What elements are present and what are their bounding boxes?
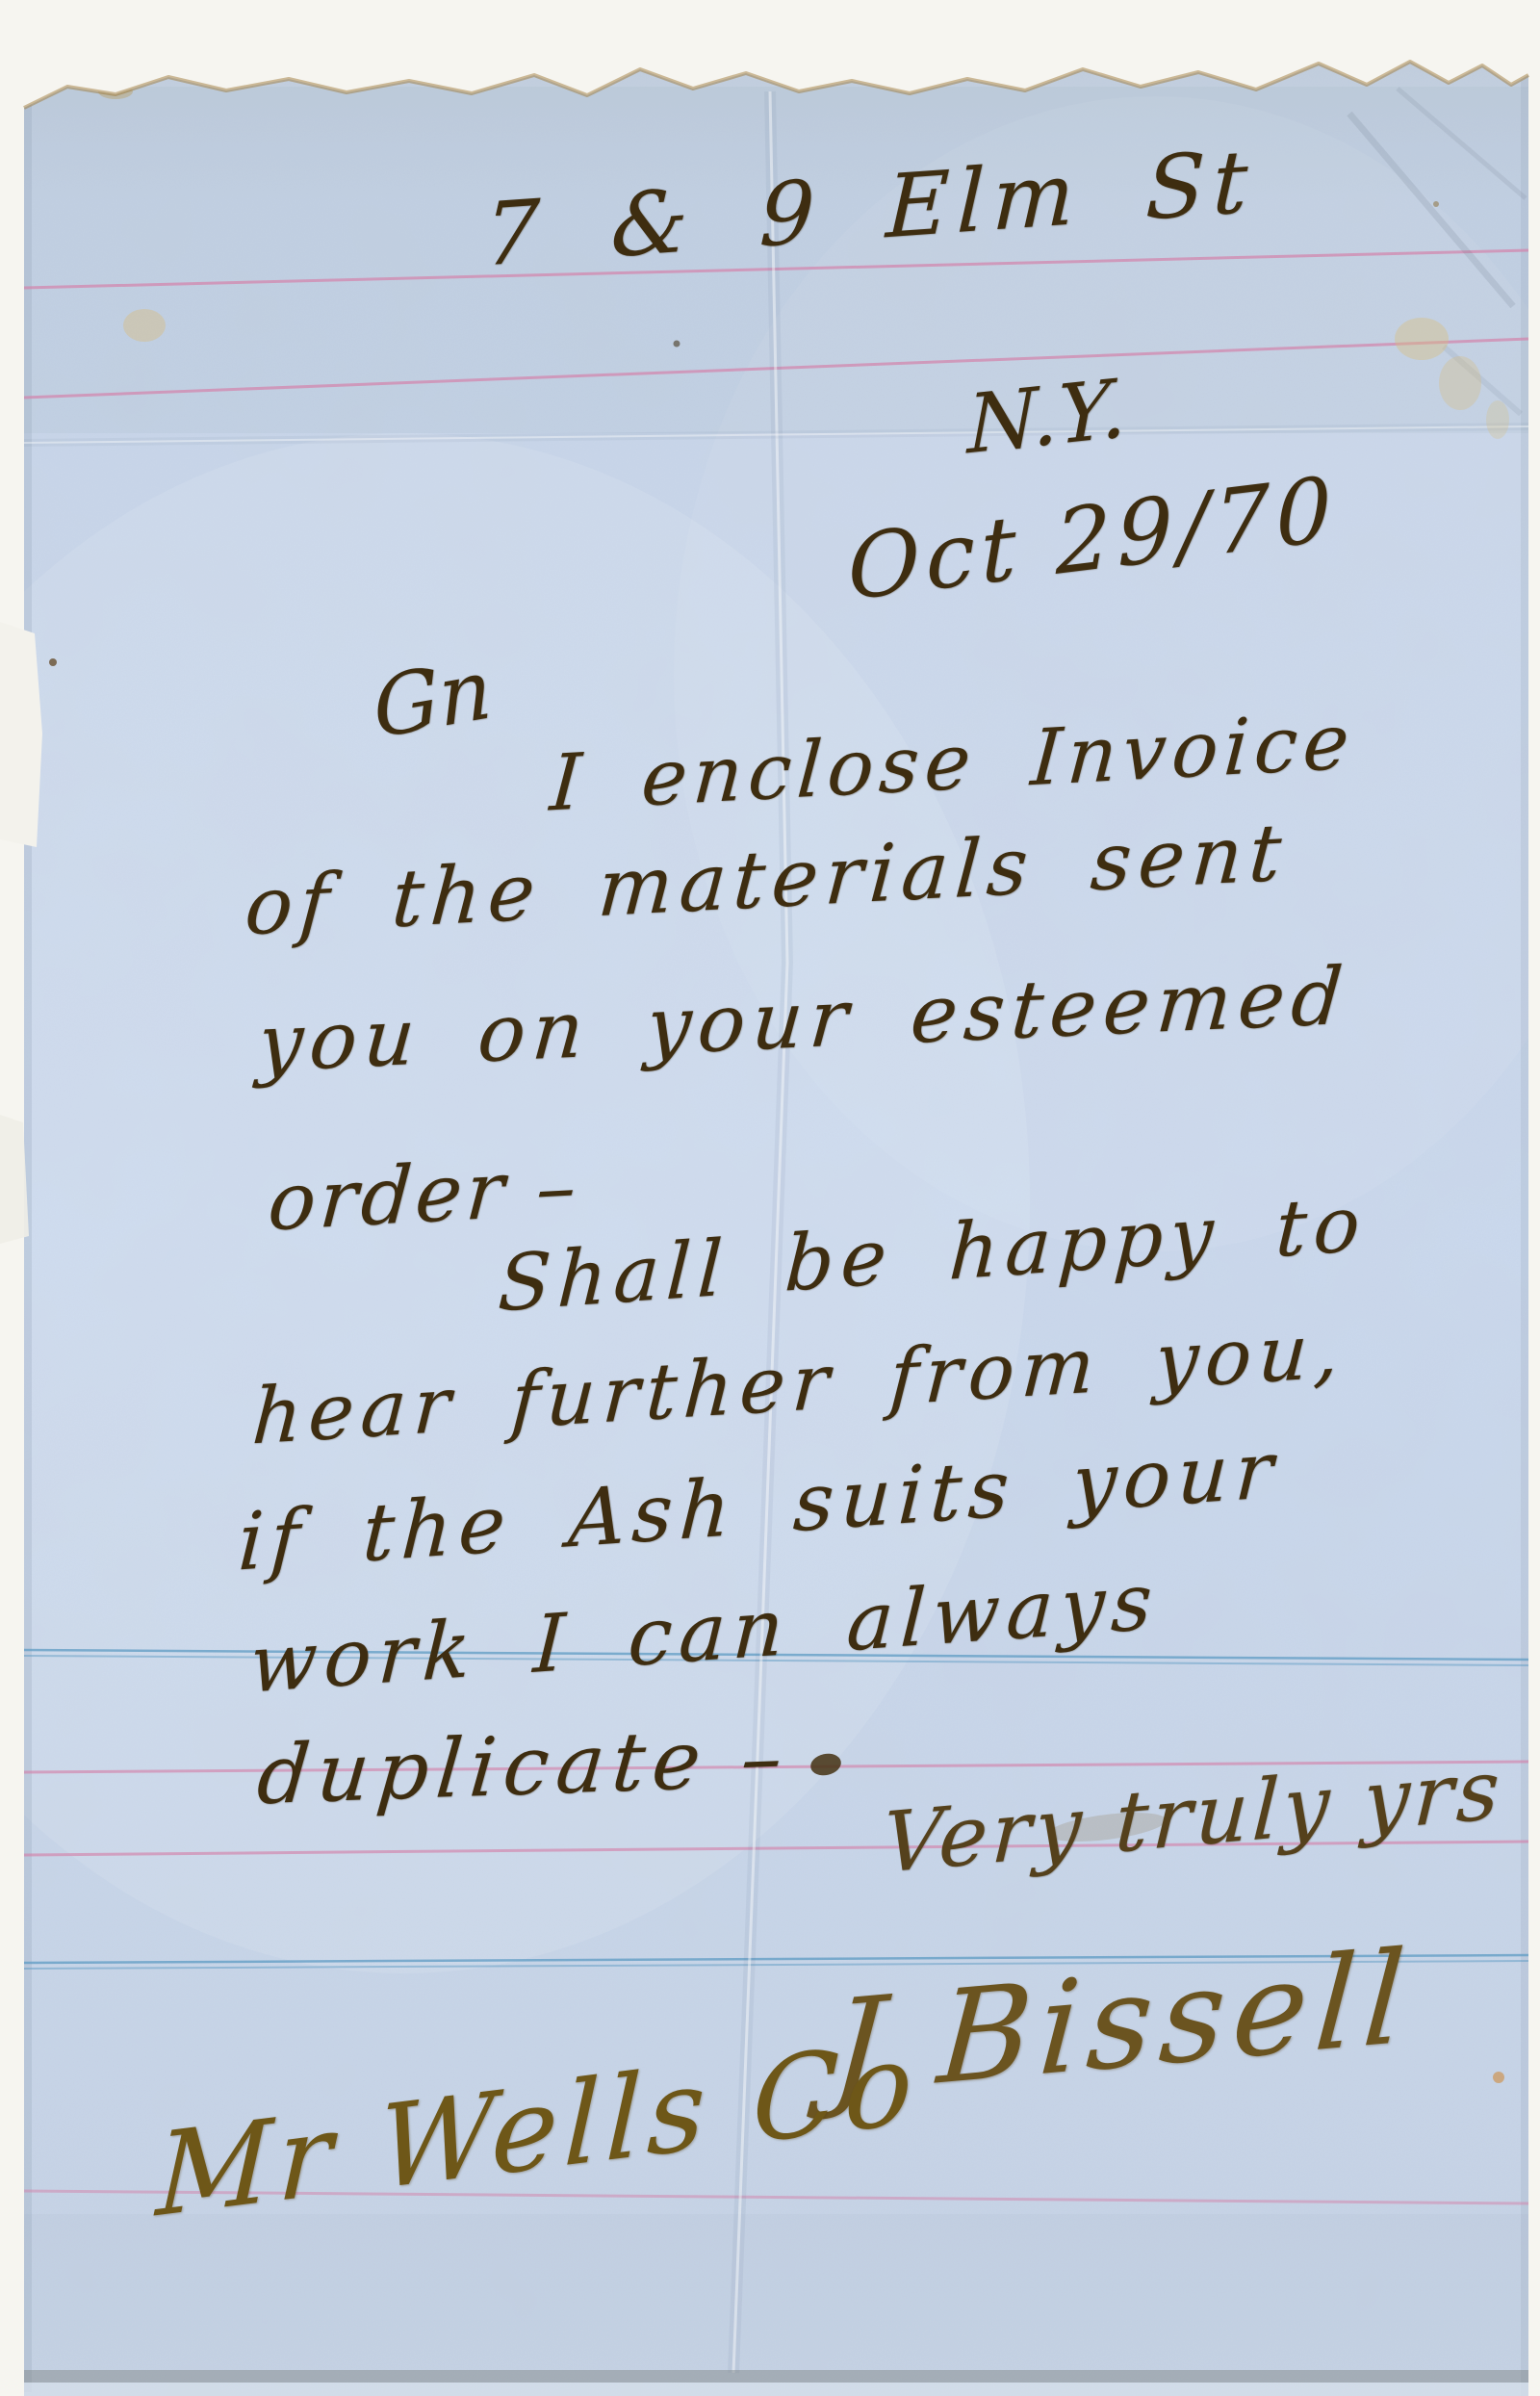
mounting-tab xyxy=(0,622,42,847)
stain xyxy=(1439,356,1481,410)
stain xyxy=(1486,400,1509,439)
body-line: order – xyxy=(266,1144,583,1248)
salutation: Gn xyxy=(371,643,495,755)
stain xyxy=(123,309,166,342)
stain xyxy=(599,38,656,63)
address-line-2: N.Y. xyxy=(967,364,1126,470)
body-line: duplicate – xyxy=(254,1713,793,1820)
stain-speck xyxy=(1433,201,1439,207)
ink-speck xyxy=(49,658,57,666)
scanned-letter-page: 7 & 9 Elm St N.Y. Oct 29/70 Gn I enclose… xyxy=(0,0,1540,2396)
stain xyxy=(1395,318,1449,360)
ink-speck xyxy=(674,341,680,348)
bottom-fold-edge xyxy=(24,2370,1528,2396)
stain-speck xyxy=(1493,2072,1504,2083)
